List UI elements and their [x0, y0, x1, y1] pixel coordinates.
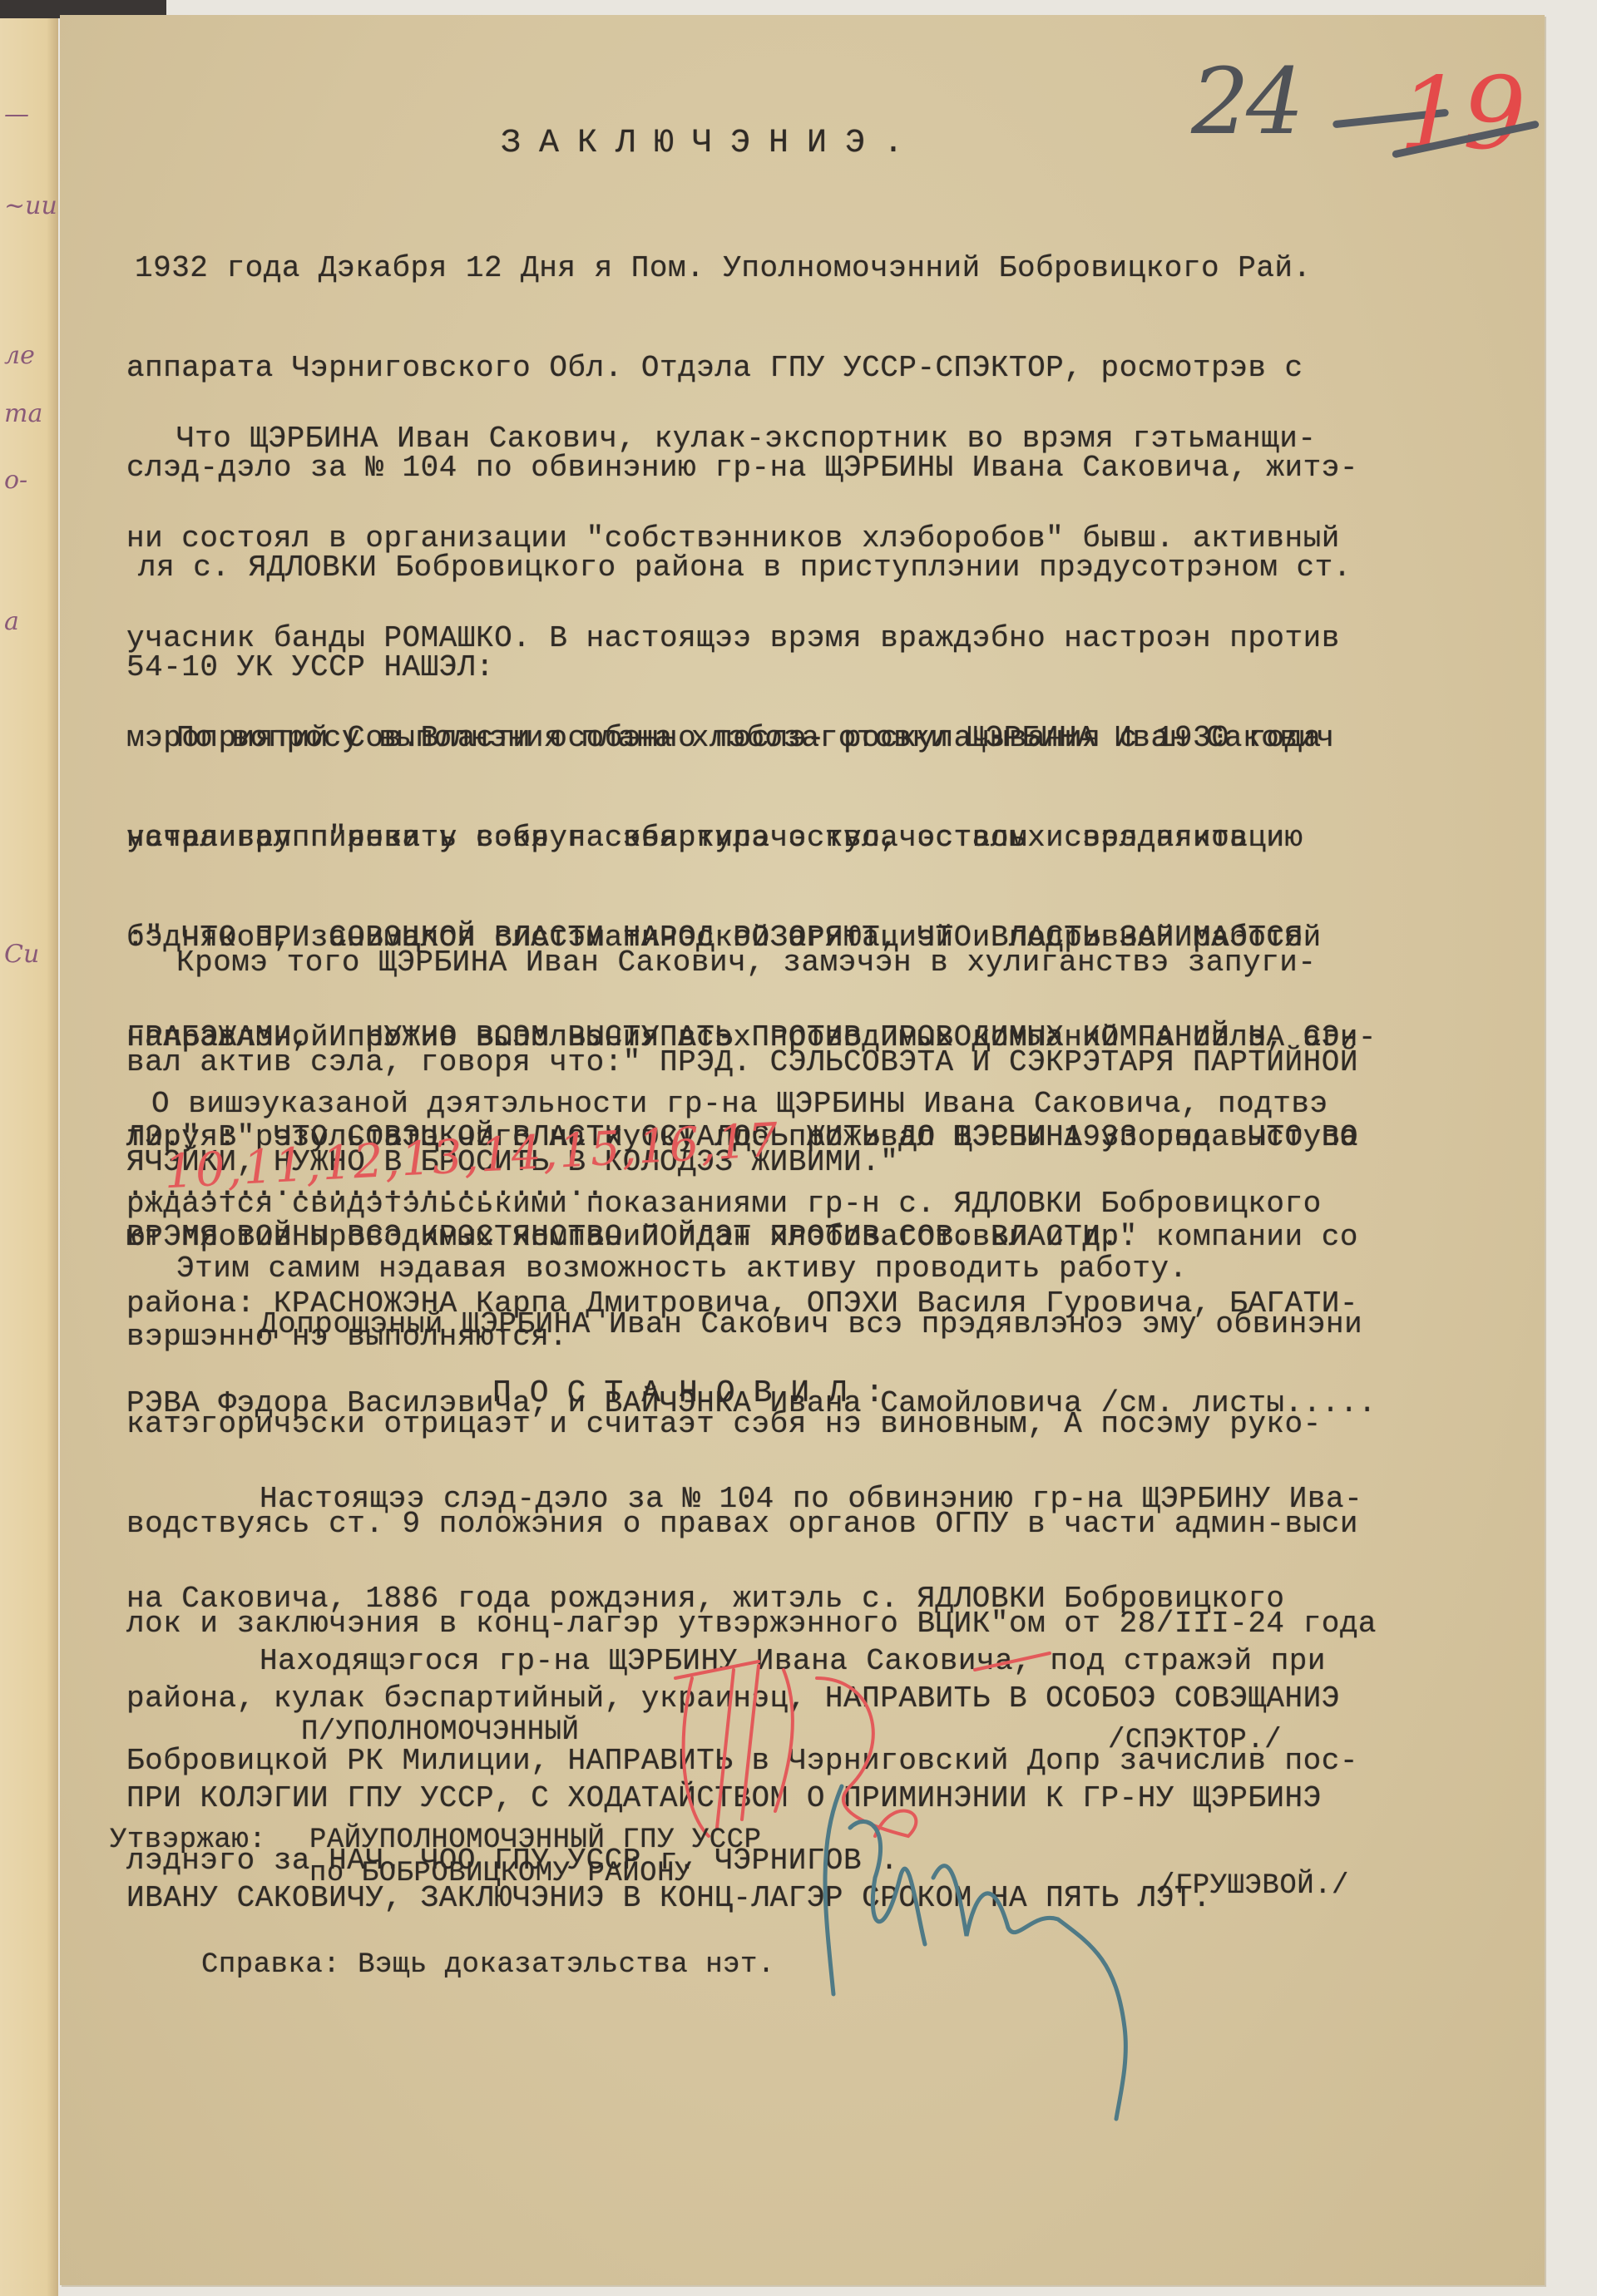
approver-title-line2: по БОБРОВИЦКОМУ РАЙОНУ — [309, 1857, 692, 1890]
resolution-heading: ПОСТАНОВИЛ: — [492, 1377, 902, 1410]
binding-strip: — ~ии ле та о- а Си — [0, 0, 58, 2296]
text-line: 1932 года Дэкабря 12 Дня я Пом. Уполномо… — [126, 252, 1358, 285]
margin-handwriting: та — [4, 399, 42, 428]
margin-handwriting: ~ии — [4, 191, 57, 220]
text-line: По вопросу выполнэния плана хлэбозаготов… — [126, 722, 1358, 755]
document-page: 24 19 ЗАКЛЮЧЭНИЭ. 1932 года Дэкабря 12 Д… — [60, 15, 1545, 2285]
margin-handwriting: о- — [4, 466, 27, 495]
approve-label: Утвэржаю: — [110, 1824, 266, 1857]
margin-handwriting: — — [4, 100, 29, 129]
margin-handwriting: а — [4, 607, 19, 636]
document-title: ЗАКЛЮЧЭНИЭ. — [501, 127, 922, 160]
approver-name: /ГРУШЭВОЙ./ — [1158, 1869, 1349, 1903]
approver-title-line1: РАЙУПОЛНОМОЧЭННЫЙ ГПУ УССР — [309, 1824, 762, 1857]
evidence-note: Справка: Вэщь доказатэльства нэт. — [201, 1948, 775, 1982]
officer-name: /СПЭКТОР./ — [1108, 1724, 1282, 1757]
text-line: устраивал п"янки у сэбя на квартирэ с ку… — [126, 822, 1358, 855]
officer-title: П/УПОЛНОМОЧЭННЫЙ — [301, 1716, 579, 1749]
text-line: Что ЩЭРБИНА Иван Сакович, кулак-экспортн… — [126, 422, 1377, 456]
margin-handwriting: Си — [4, 940, 39, 969]
text-line: Допрошэный ЩЭРБИНА Иван Сакович всэ прэд… — [126, 1308, 1377, 1341]
folio-previous: 19 — [1399, 57, 1526, 172]
text-line: учасник банды РОМАШКО. В настоящээ врэмя… — [126, 622, 1377, 655]
folio-current: 24 — [1191, 48, 1301, 155]
margin-handwriting: ле — [4, 341, 35, 370]
text-line: Кромэ того ЩЭРБИНА Иван Сакович, замэчэн… — [126, 946, 1358, 980]
approver-signature-blue — [792, 1778, 1258, 2127]
text-line: ни состоял в организации "собствэнников … — [126, 522, 1377, 555]
text-line: Настоящээ слэд-дэло за № 104 по обвинэни… — [126, 1483, 1362, 1516]
